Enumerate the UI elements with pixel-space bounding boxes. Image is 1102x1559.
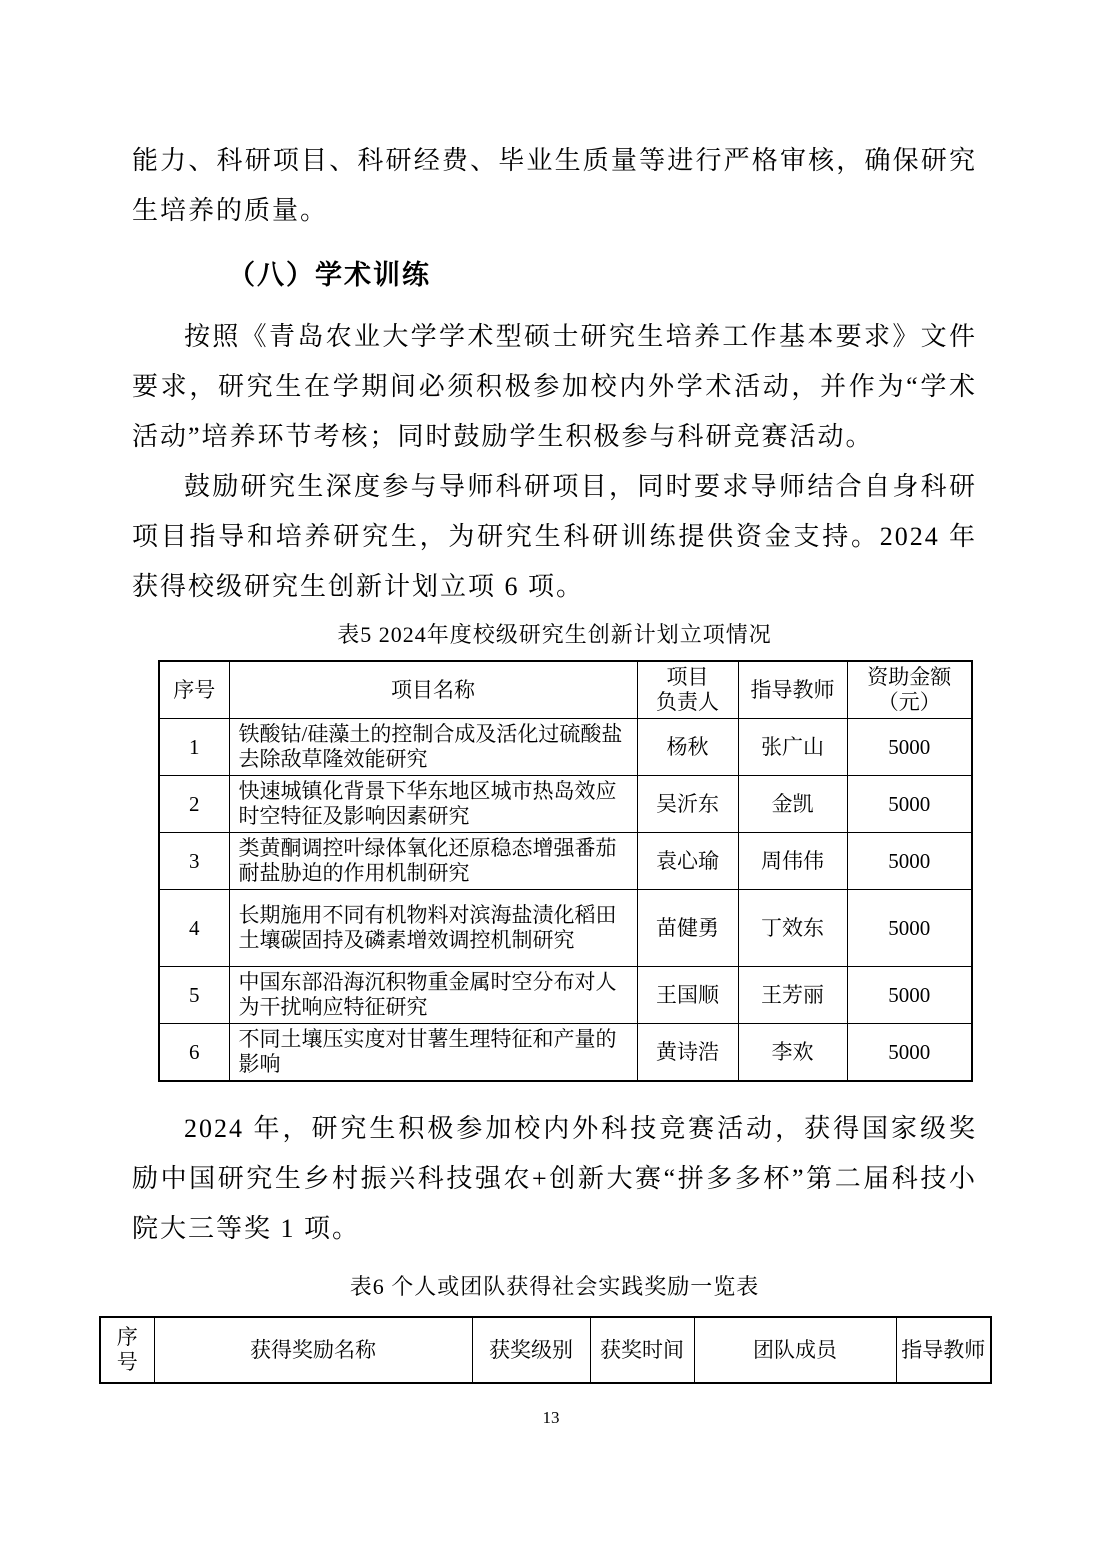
cell-leader: 吴沂东 (637, 776, 738, 833)
cell-advisor: 张广山 (738, 719, 847, 776)
table-row: 3 类黄酮调控叶绿体氧化还原稳态增强番茄耐盐胁迫的作用机制研究 袁心瑜 周伟伟 … (159, 833, 972, 890)
table-row: 6 不同土壤压实度对甘薯生理特征和产量的影响 黄诗浩 李欢 5000 (159, 1024, 972, 1082)
table6-header-award-level: 获奖级别 (472, 1317, 590, 1383)
paragraph-funding-support: 鼓励研究生深度参与导师科研项目，同时要求导师结合自身科研项目指导和培养研究生，为… (132, 462, 977, 612)
table5-header-leader: 项目 负责人 (637, 661, 738, 719)
table5-header-advisor: 指导教师 (738, 661, 847, 719)
cell-amount: 5000 (847, 967, 972, 1024)
cell-project-name: 铁酸钴/硅藻土的控制合成及活化过硫酸盐去除敌草隆效能研究 (229, 719, 637, 776)
cell-advisor: 丁效东 (738, 890, 847, 967)
table-row: 2 快速城镇化背景下华东地区城市热岛效应时空特征及影响因素研究 吴沂东 金凯 5… (159, 776, 972, 833)
social-practice-awards-table: 序 号 获得奖励名称 获奖级别 获奖时间 团队成员 指导教师 (99, 1316, 992, 1384)
cell-seq: 6 (159, 1024, 229, 1082)
innovation-projects-table: 序号 项目名称 项目 负责人 指导教师 资助金额 （元） 1 铁酸钴/硅藻土的控… (158, 660, 973, 1082)
cell-amount: 5000 (847, 776, 972, 833)
cell-project-name: 中国东部沿海沉积物重金属时空分布对人为干扰响应特征研究 (229, 967, 637, 1024)
cell-leader: 袁心瑜 (637, 833, 738, 890)
table5-header-project-name: 项目名称 (229, 661, 637, 719)
table5-header-seq: 序号 (159, 661, 229, 719)
cell-leader: 黄诗浩 (637, 1024, 738, 1082)
paragraph-competition-award: 2024 年，研究生积极参加校内外科技竞赛活动，获得国家级奖励中国研究生乡村振兴… (132, 1104, 977, 1254)
table6-header-team-members: 团队成员 (694, 1317, 896, 1383)
cell-amount: 5000 (847, 833, 972, 890)
table6-caption: 表6 个人或团队获得社会实践奖励一览表 (132, 1270, 977, 1304)
cell-seq: 4 (159, 890, 229, 967)
table-row: 4 长期施用不同有机物料对滨海盐渍化稻田土壤碳固持及磷素增效调控机制研究 苗健勇… (159, 890, 972, 967)
cell-amount: 5000 (847, 719, 972, 776)
cell-seq: 2 (159, 776, 229, 833)
page-content: 能力、科研项目、科研经费、毕业生质量等进行严格审核，确保研究生培养的质量。 （八… (132, 0, 977, 1384)
cell-advisor: 周伟伟 (738, 833, 847, 890)
table5-header-amount: 资助金额 （元） (847, 661, 972, 719)
table-row: 1 铁酸钴/硅藻土的控制合成及活化过硫酸盐去除敌草隆效能研究 杨秋 张广山 50… (159, 719, 972, 776)
cell-project-name: 长期施用不同有机物料对滨海盐渍化稻田土壤碳固持及磷素增效调控机制研究 (229, 890, 637, 967)
cell-amount: 5000 (847, 890, 972, 967)
cell-project-name: 快速城镇化背景下华东地区城市热岛效应时空特征及影响因素研究 (229, 776, 637, 833)
cell-leader: 苗健勇 (637, 890, 738, 967)
table5-caption: 表5 2024年度校级研究生创新计划立项情况 (132, 618, 977, 652)
cell-project-name: 类黄酮调控叶绿体氧化还原稳态增强番茄耐盐胁迫的作用机制研究 (229, 833, 637, 890)
cell-amount: 5000 (847, 1024, 972, 1082)
paragraph-academic-training: 按照《青岛农业大学学术型硕士研究生培养工作基本要求》文件要求，研究生在学期间必须… (132, 312, 977, 462)
table6-header-row: 序 号 获得奖励名称 获奖级别 获奖时间 团队成员 指导教师 (100, 1317, 991, 1383)
table6-header-seq: 序 号 (100, 1317, 154, 1383)
cell-advisor: 金凯 (738, 776, 847, 833)
table6-header-award-name: 获得奖励名称 (154, 1317, 472, 1383)
table6-header-advisor: 指导教师 (896, 1317, 991, 1383)
cell-project-name: 不同土壤压实度对甘薯生理特征和产量的影响 (229, 1024, 637, 1082)
cell-seq: 5 (159, 967, 229, 1024)
table-row: 5 中国东部沿海沉积物重金属时空分布对人为干扰响应特征研究 王国顺 王芳丽 50… (159, 967, 972, 1024)
paragraph-quality-review: 能力、科研项目、科研经费、毕业生质量等进行严格审核，确保研究生培养的质量。 (132, 136, 977, 236)
table5-header-row: 序号 项目名称 项目 负责人 指导教师 资助金额 （元） (159, 661, 972, 719)
page-number: 13 (0, 1408, 1102, 1428)
cell-advisor: 李欢 (738, 1024, 847, 1082)
cell-leader: 杨秋 (637, 719, 738, 776)
table6-header-award-time: 获奖时间 (590, 1317, 694, 1383)
section-heading: （八）学术训练 (132, 250, 977, 300)
cell-seq: 3 (159, 833, 229, 890)
cell-leader: 王国顺 (637, 967, 738, 1024)
document-page: 能力、科研项目、科研经费、毕业生质量等进行严格审核，确保研究生培养的质量。 （八… (0, 0, 1102, 1559)
cell-advisor: 王芳丽 (738, 967, 847, 1024)
cell-seq: 1 (159, 719, 229, 776)
